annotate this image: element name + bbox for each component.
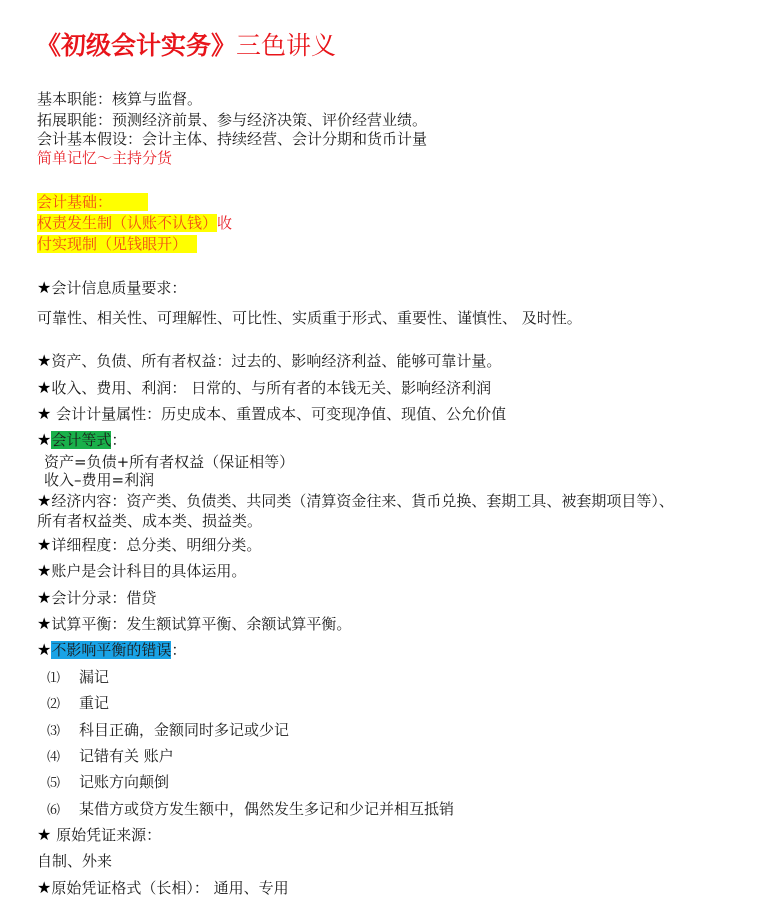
item-number: ⑷ [47, 749, 79, 767]
item-number: ⑴ [47, 670, 79, 688]
errors-heading: ★不影响平衡的错误： [37, 641, 186, 659]
bullet-assets: ★资产、负债、所有者权益：过去的、影响经济利益、能够可靠计量。 [37, 352, 501, 370]
star-icon: ★ [37, 278, 51, 297]
bullet-detail-level: ★详细程度：总分类、明细分类。 [37, 536, 261, 554]
page-title: 《初级会计实务》三色讲义 [36, 30, 336, 62]
star-icon: ★ [37, 430, 51, 449]
equation-heading: ★会计等式： [37, 431, 126, 449]
highlight-yellow: 会计基础： [37, 193, 148, 211]
star-icon: ★ [37, 614, 51, 633]
format-line: ★原始凭证格式（长相）： 通用、专用 [37, 879, 289, 897]
error-item: ⑸记账方向颠倒 [47, 773, 169, 793]
bullet-journal-entry: ★会计分录：借贷 [37, 589, 156, 607]
error-item: ⑶科目正确，金额同时多记或少记 [47, 721, 289, 741]
bullet-trial-balance: ★试算平衡：发生额试算平衡、余额试算平衡。 [37, 615, 351, 633]
star-icon: ★ [37, 535, 51, 554]
error-item: ⑷记错有关 账户 [47, 747, 174, 767]
star-icon: ★ [37, 491, 51, 510]
item-number: ⑹ [47, 802, 79, 820]
bullet-income: ★收入、费用、利润： 日常的、与所有者的本钱无关、影响经济利润 [37, 379, 491, 397]
star-icon: ★ [37, 640, 51, 659]
highlight-blue: 不影响平衡的错误 [51, 641, 171, 659]
accrual-basis: 权责发生制（认账不认钱）收 [37, 214, 232, 232]
equation-line-1: 资产=负债+所有者权益（保证相等） [44, 453, 294, 471]
quality-heading: ★会计信息质量要求： [37, 279, 186, 297]
equation-line-2: 收入–费用=利润 [44, 471, 154, 489]
economic-content-cont: 所有者权益类、成本类、损益类。 [37, 512, 262, 530]
mnemonic-note: 简单记忆～主持分货 [37, 149, 172, 167]
document-page: 《初级会计实务》三色讲义 基本职能：核算与监督。 拓展职能：预测经济前景、参与经… [0, 0, 759, 905]
star-icon: ★ [37, 404, 51, 423]
star-icon: ★ [37, 378, 51, 397]
star-icon: ★ [37, 588, 51, 607]
source-value: 自制、外来 [37, 852, 112, 870]
highlight-green: 会计等式 [51, 431, 111, 449]
error-item: ⑴漏记 [47, 668, 109, 688]
title-suffix: 三色讲义 [236, 31, 336, 60]
accounting-basis-heading: 会计基础： [37, 193, 148, 211]
source-heading: ★ 原始凭证来源： [37, 826, 161, 844]
bullet-measurement: ★ 会计计量属性：历史成本、重置成本、可变现净值、现值、公允价值 [37, 405, 506, 423]
error-item: ⑵重记 [47, 694, 109, 714]
highlight-yellow: 权责发生制（认账不认钱） [37, 214, 217, 232]
item-number: ⑸ [47, 775, 79, 793]
quality-items: 可靠性、相关性、可理解性、可比性、实质重于形式、重要性、谨慎性、 及时性。 [37, 309, 582, 327]
star-icon: ★ [37, 561, 51, 580]
bullet-account: ★账户是会计科目的具体运用。 [37, 562, 246, 580]
accrual-tail: 收 [217, 214, 232, 232]
star-icon: ★ [37, 878, 51, 897]
cash-basis: 付实现制（见钱眼开） [37, 235, 197, 253]
economic-content: ★经济内容：资产类、负债类、共同类（清算资金往来、貨币兑换、套期工具、被套期项目… [37, 492, 674, 510]
basic-functions: 基本职能：核算与监督。 [37, 90, 202, 108]
star-icon: ★ [37, 825, 51, 844]
item-number: ⑵ [47, 696, 79, 714]
item-number: ⑶ [47, 723, 79, 741]
star-icon: ★ [37, 351, 51, 370]
basic-assumptions: 会计基本假设：会计主体、持续经营、会计分期和货币计量 [37, 130, 427, 148]
highlight-yellow: 付实现制（见钱眼开） [37, 235, 197, 253]
extended-functions: 拓展职能：预测经济前景、参与经济决策、评价经营业绩。 [37, 111, 427, 129]
title-book-name: 《初级会计实务》 [36, 31, 236, 60]
error-item: ⑹某借方或贷方发生额中，偶然发生多记和少记并相互抵销 [47, 800, 454, 820]
